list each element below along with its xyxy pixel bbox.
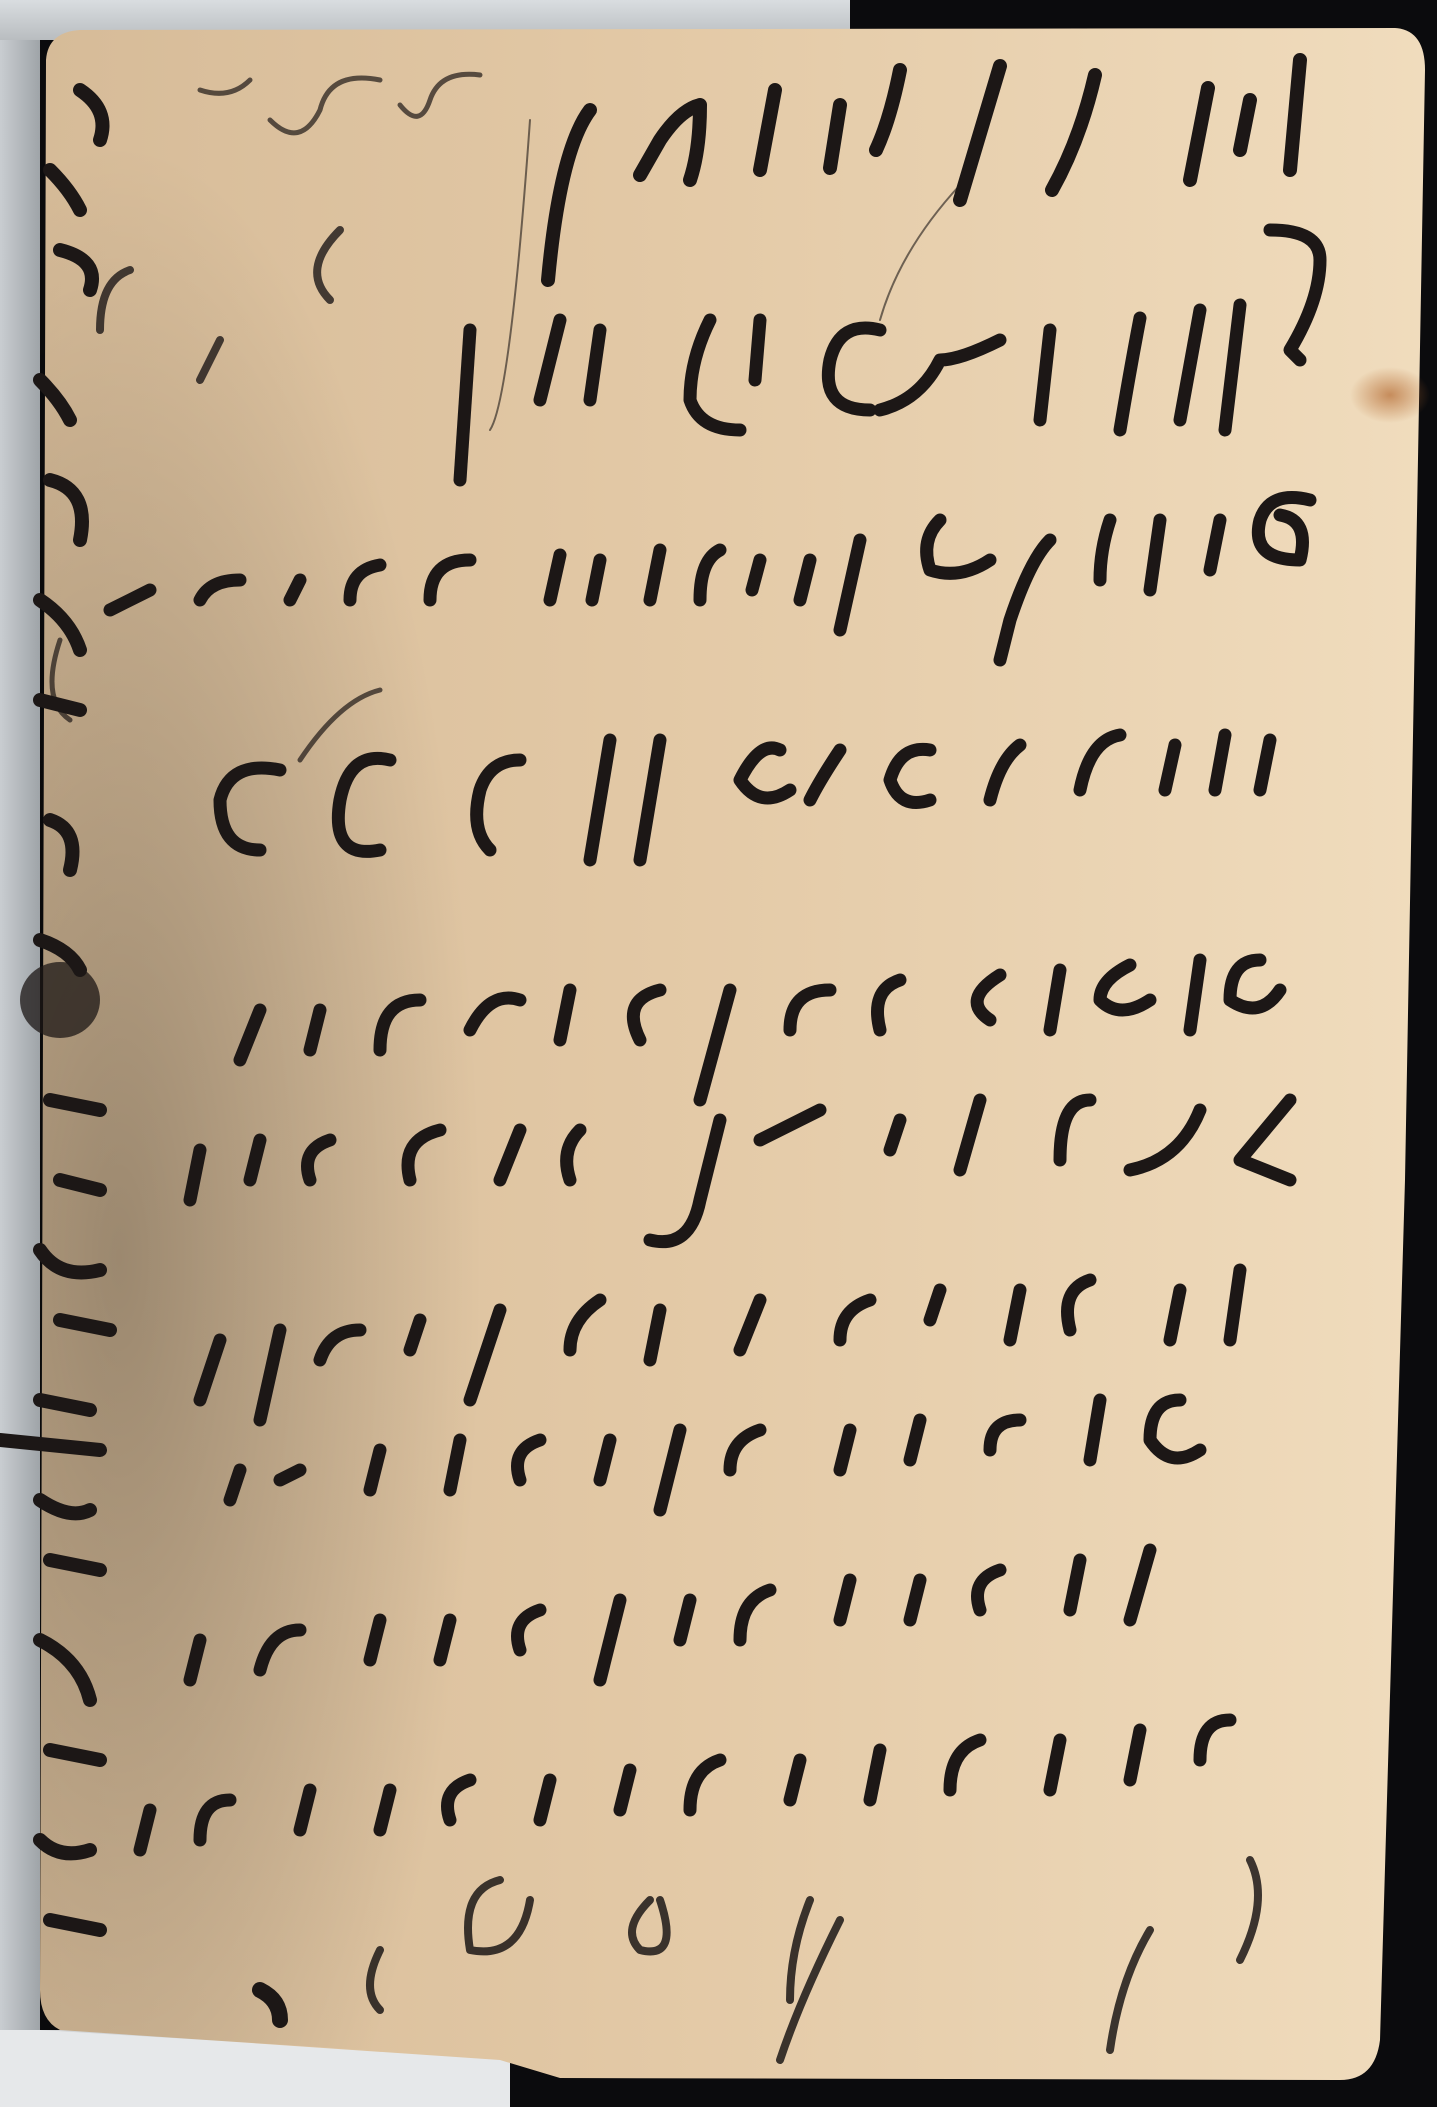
handwritten-card-photo — [0, 0, 1437, 2107]
